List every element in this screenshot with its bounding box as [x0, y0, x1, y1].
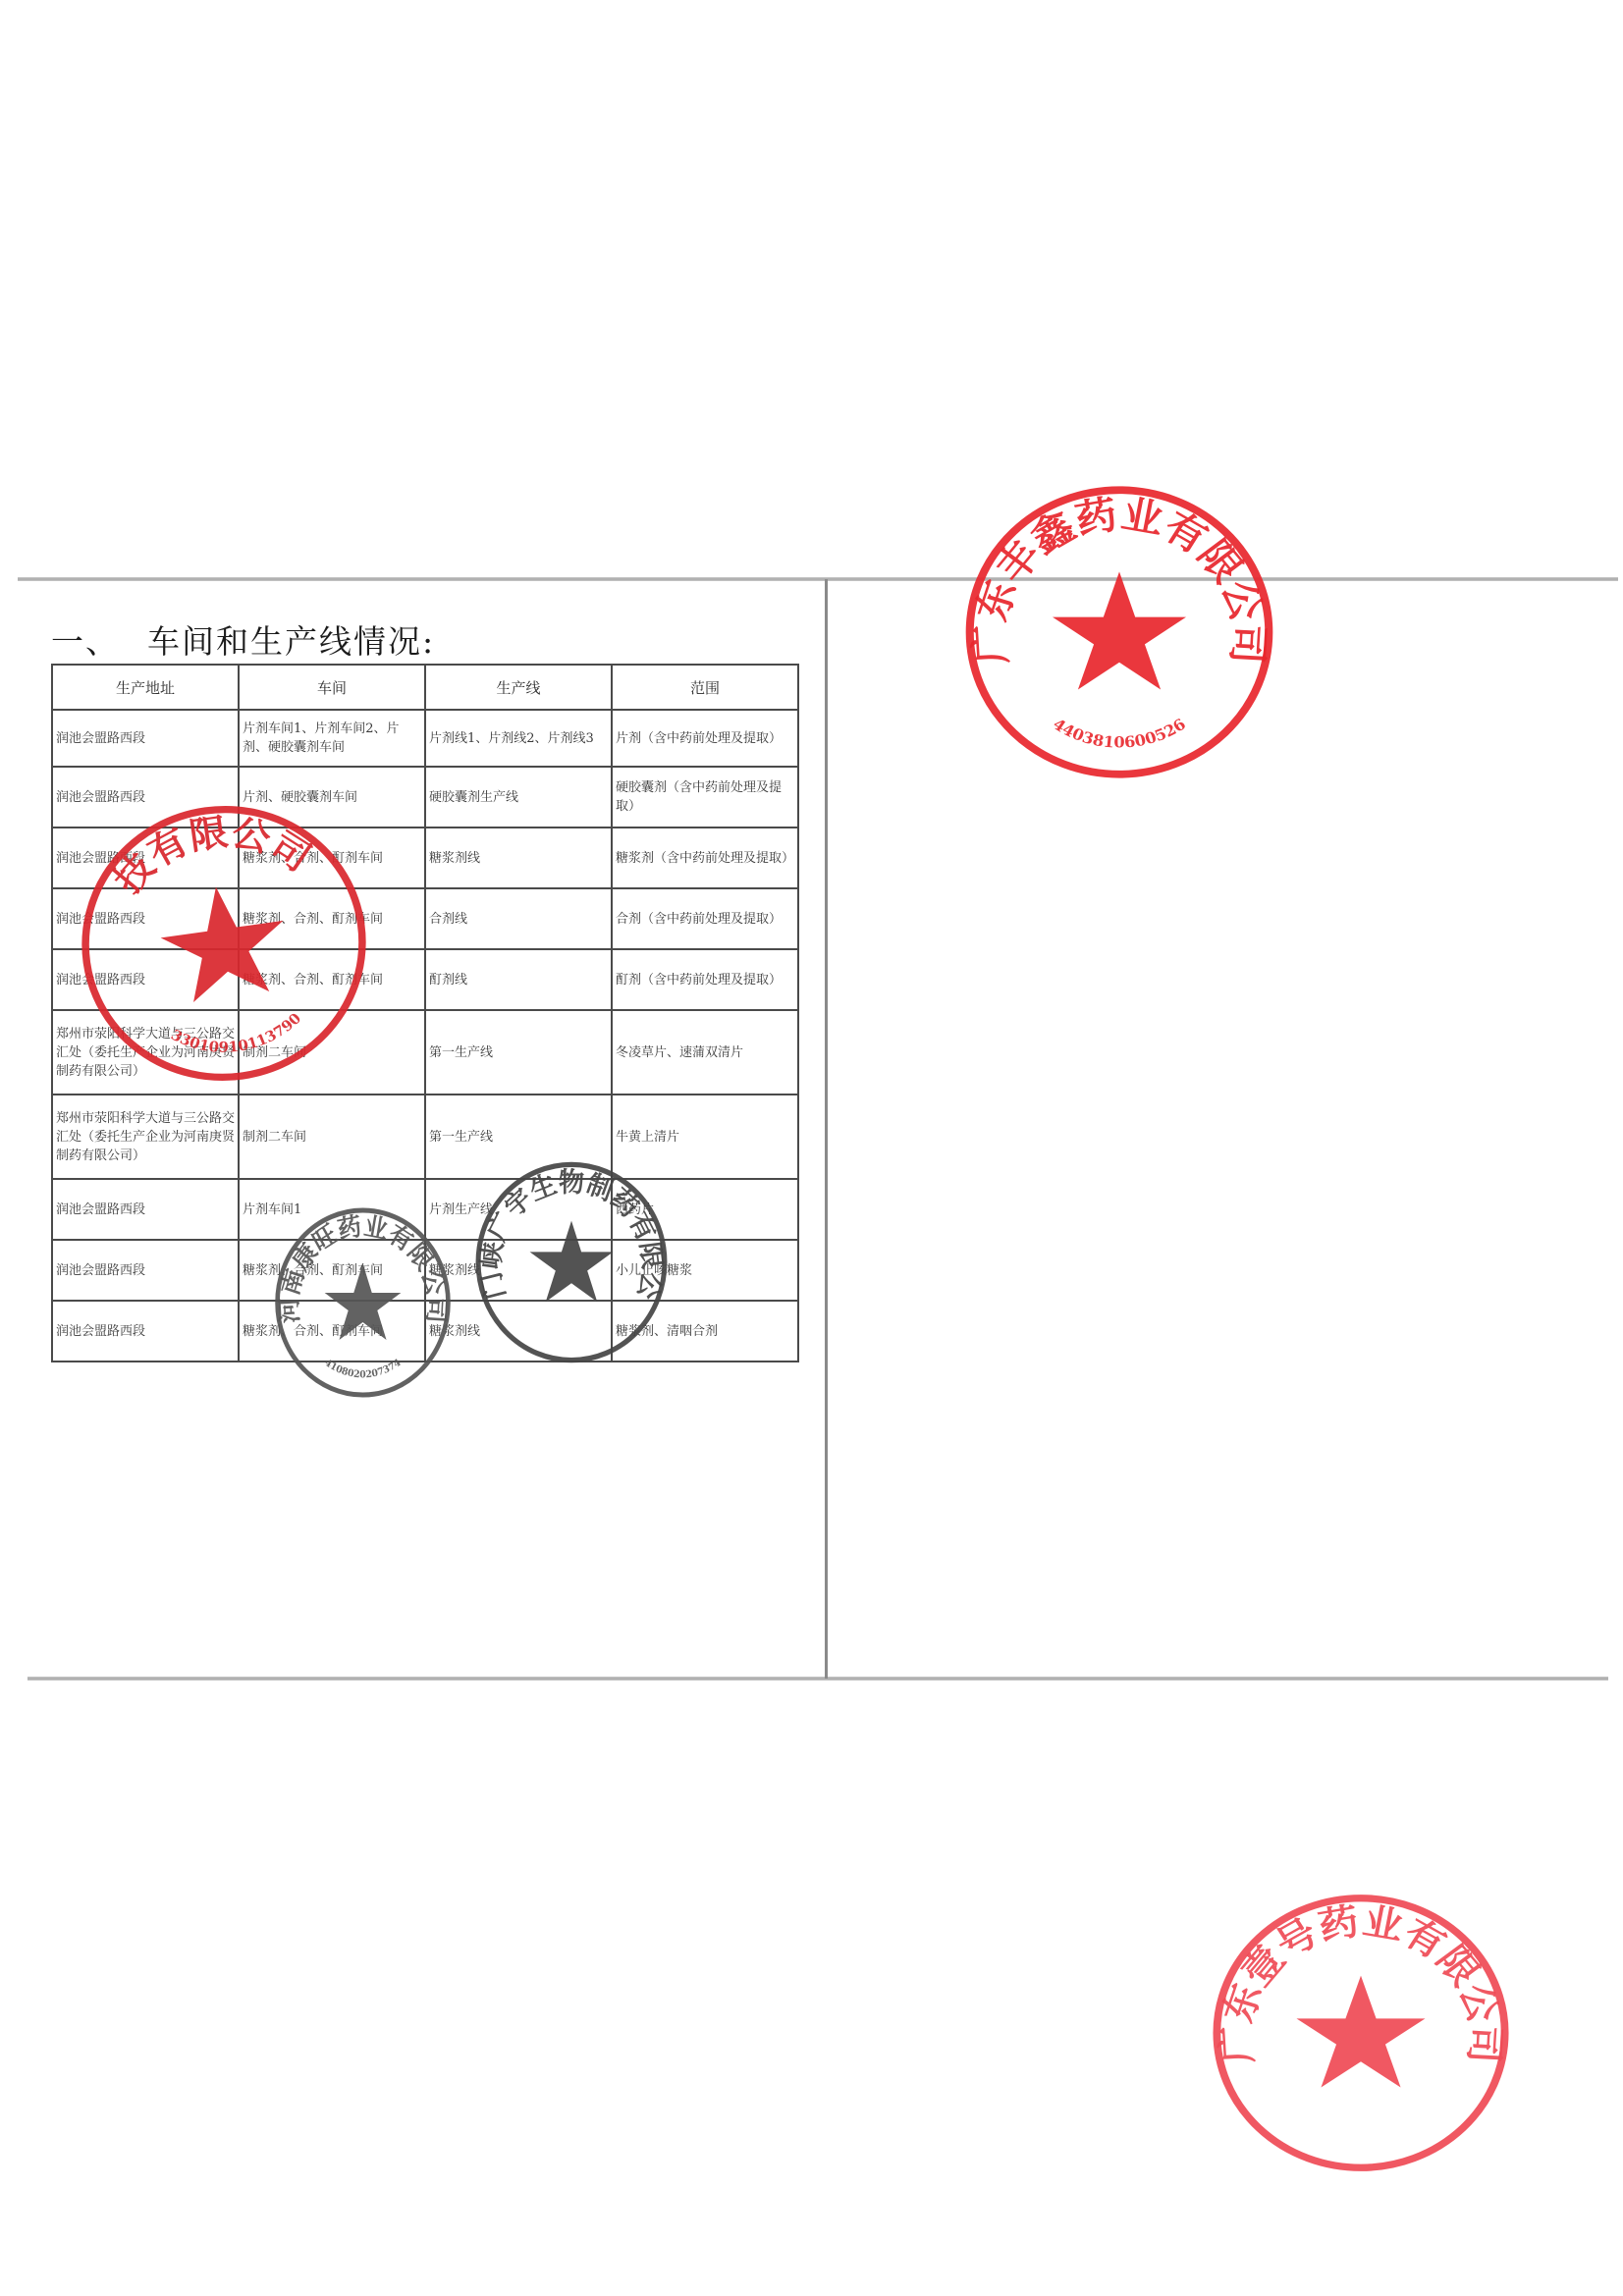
cell-address: 润池会盟路西段 — [52, 710, 239, 767]
cell-production-line: 第一生产线 — [425, 1010, 612, 1095]
cell-production-line: 硬胶囊剂生产线 — [425, 767, 612, 828]
cell-workshop: 制剂二车间 — [239, 1095, 425, 1179]
cell-scope: 牛黄上清片 — [612, 1095, 798, 1179]
table-row: 润池会盟路西段 糖浆剂、合剂、酊剂车间 糖浆剂线 糖浆剂（含中药前处理及提取） — [52, 828, 798, 888]
cell-workshop: 片剂、硬胶囊剂车间 — [239, 767, 425, 828]
cell-address: 润池会盟路西段 — [52, 888, 239, 949]
cell-scope: 硬胶囊剂（含中药前处理及提取） — [612, 767, 798, 828]
cell-production-line: 糖浆剂线 — [425, 1240, 612, 1301]
svg-text:广东壹号药业有限公司: 广东壹号药业有限公司 — [1214, 1899, 1509, 2064]
header-scope: 范围 — [612, 665, 798, 710]
cell-address: 润池会盟路西段 — [52, 1240, 239, 1301]
cell-address: 润池会盟路西段 — [52, 767, 239, 828]
table-row: 润池会盟路西段 片剂车间1 片剂生产线 西药片 — [52, 1179, 798, 1240]
table-header-row: 生产地址 车间 生产线 范围 — [52, 665, 798, 710]
cell-address: 润池会盟路西段 — [52, 1301, 239, 1362]
cell-workshop: 片剂车间1 — [239, 1179, 425, 1240]
cell-production-line: 糖浆剂线 — [425, 828, 612, 888]
cell-production-line: 片剂线1、片剂线2、片剂线3 — [425, 710, 612, 767]
cell-scope: 酊剂（含中药前处理及提取） — [612, 949, 798, 1010]
cell-workshop: 糖浆剂、合剂、酊剂车间 — [239, 1301, 425, 1362]
table-row: 郑州市荥阳科学大道与三公路交汇处（委托生产企业为河南庚贤制药有限公司） 制剂二车… — [52, 1010, 798, 1095]
stamp-guangdong-yihao: 广东壹号药业有限公司 — [1208, 1890, 1514, 2176]
cell-scope: 糖浆剂、清咽合剂 — [612, 1301, 798, 1362]
section-heading: 一、车间和生产线情况: — [51, 616, 435, 663]
workshop-production-line-table: 生产地址 车间 生产线 范围 润池会盟路西段 片剂车间1、片剂车间2、片剂、硬胶… — [51, 664, 799, 1362]
table-row: 润池会盟路西段 糖浆剂、合剂、酊剂车间 合剂线 合剂（含中药前处理及提取） — [52, 888, 798, 949]
table-row: 润池会盟路西段 片剂、硬胶囊剂车间 硬胶囊剂生产线 硬胶囊剂（含中药前处理及提取… — [52, 767, 798, 828]
cell-scope: 片剂（含中药前处理及提取） — [612, 710, 798, 767]
cell-workshop: 片剂车间1、片剂车间2、片剂、硬胶囊剂车间 — [239, 710, 425, 767]
table-row: 润池会盟路西段 糖浆剂、合剂、酊剂车间 糖浆剂线 糖浆剂、清咽合剂 — [52, 1301, 798, 1362]
cell-scope: 西药片 — [612, 1179, 798, 1240]
section-number: 一、 — [51, 622, 120, 661]
header-workshop: 车间 — [239, 665, 425, 710]
cell-address: 润池会盟路西段 — [52, 1179, 239, 1240]
cell-scope: 糖浆剂（含中药前处理及提取） — [612, 828, 798, 888]
cell-workshop: 糖浆剂、合剂、酊剂车间 — [239, 888, 425, 949]
header-production-line: 生产线 — [425, 665, 612, 710]
table-row: 润池会盟路西段 糖浆剂、合剂、酊剂车间 酊剂线 酊剂（含中药前处理及提取） — [52, 949, 798, 1010]
cell-scope: 合剂（含中药前处理及提取） — [612, 888, 798, 949]
table-row: 郑州市荥阳科学大道与三公路交汇处（委托生产企业为河南庚贤制药有限公司） 制剂二车… — [52, 1095, 798, 1179]
cell-production-line: 糖浆剂线 — [425, 1301, 612, 1362]
cell-scope: 冬凌草片、速蒲双清片 — [612, 1010, 798, 1095]
cell-production-line: 片剂生产线 — [425, 1179, 612, 1240]
table-row: 润池会盟路西段 片剂车间1、片剂车间2、片剂、硬胶囊剂车间 片剂线1、片剂线2、… — [52, 710, 798, 767]
cell-address: 郑州市荥阳科学大道与三公路交汇处（委托生产企业为河南庚贤制药有限公司） — [52, 1010, 239, 1095]
svg-text:4403810600526: 4403810600526 — [1050, 715, 1189, 751]
cell-workshop: 糖浆剂、合剂、酊剂车间 — [239, 1240, 425, 1301]
cell-address: 润池会盟路西段 — [52, 828, 239, 888]
page-bottom-border — [27, 1677, 1608, 1681]
cell-production-line: 酊剂线 — [425, 949, 612, 1010]
stamp-guangdong-fengxin: 广东丰鑫药业有限公司4403810600526 — [960, 481, 1278, 783]
cell-address: 郑州市荥阳科学大道与三公路交汇处（委托生产企业为河南庚贤制药有限公司） — [52, 1095, 239, 1179]
cell-workshop: 制剂二车间 — [239, 1010, 425, 1095]
section-title: 车间和生产线情况: — [147, 622, 435, 661]
page-top-border — [18, 577, 1618, 581]
cell-workshop: 糖浆剂、合剂、酊剂车间 — [239, 949, 425, 1010]
cell-scope: 小儿止咳糖浆 — [612, 1240, 798, 1301]
page-center-divider — [825, 579, 828, 1679]
cell-address: 润池会盟路西段 — [52, 949, 239, 1010]
cell-production-line: 合剂线 — [425, 888, 612, 949]
cell-production-line: 第一生产线 — [425, 1095, 612, 1179]
table-row: 润池会盟路西段 糖浆剂、合剂、酊剂车间 糖浆剂线 小儿止咳糖浆 — [52, 1240, 798, 1301]
header-address: 生产地址 — [52, 665, 239, 710]
cell-workshop: 糖浆剂、合剂、酊剂车间 — [239, 828, 425, 888]
